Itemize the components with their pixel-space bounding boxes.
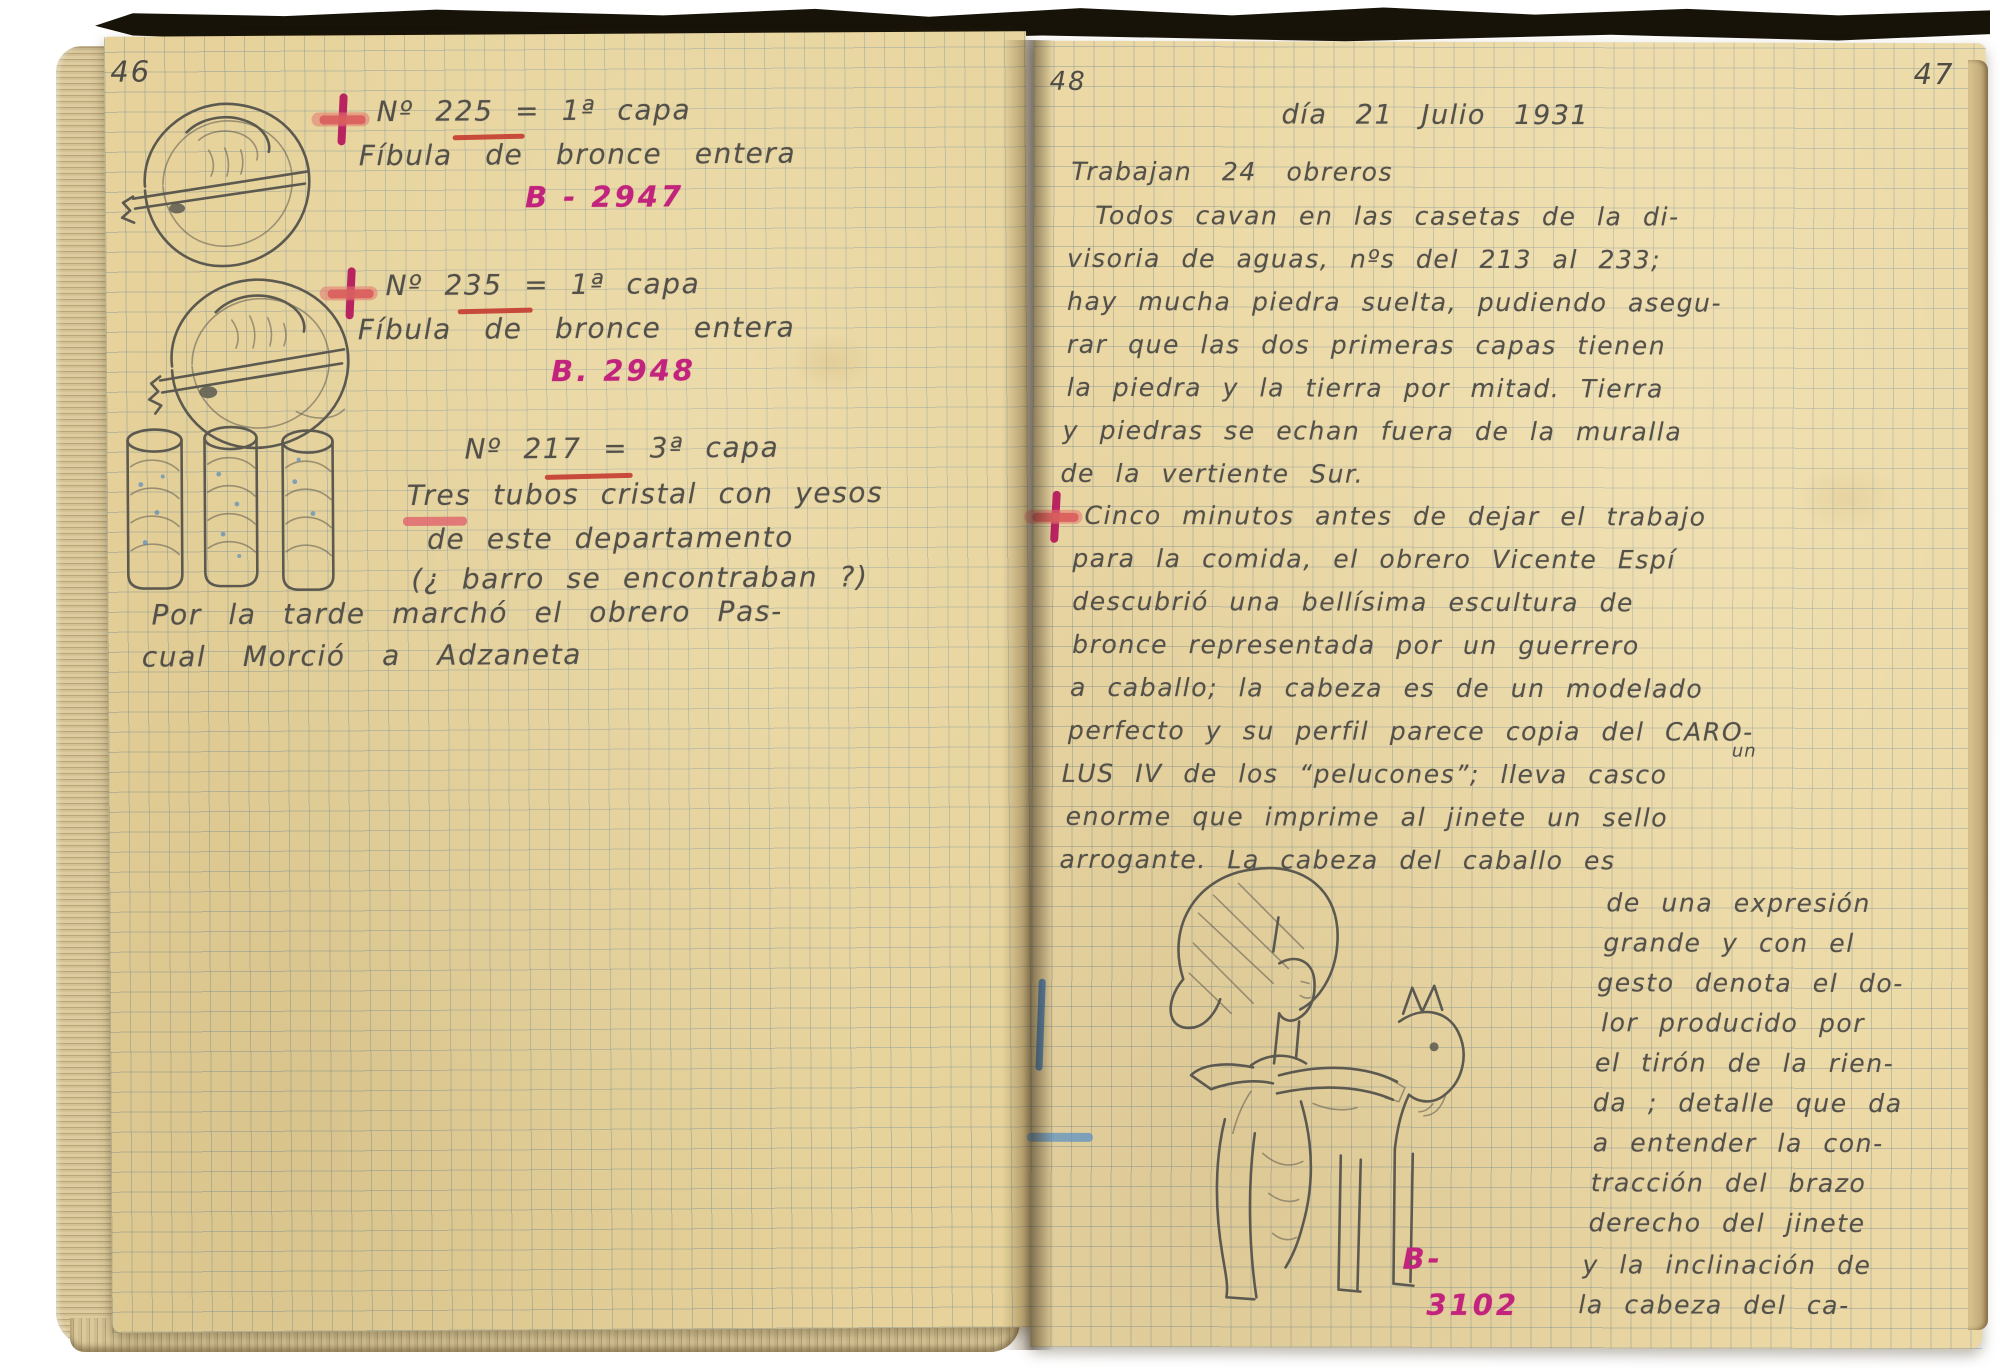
para2-line: enorme que imprime al jinete un sello: [1066, 802, 1669, 833]
para1-line: de la vertiente Sur.: [1061, 459, 1365, 489]
entry-217-line2: de este departamento: [427, 521, 794, 556]
left-footer-line-1: Por la tarde marchó el obrero Pas-: [151, 595, 782, 632]
entry-235-title: Nº 235 = 1ª capa: [385, 267, 700, 302]
right-page-rough-edge: [1968, 60, 1988, 1330]
para1-line: la piedra y la tierra por mitad. Tierra: [1067, 373, 1664, 404]
inserted-word-un: un: [1732, 741, 1757, 762]
side-column-line: y la inclinación de: [1582, 1250, 1871, 1280]
left-page: 46 Nº 225 = 1ª capa Fíbula de bronce ent…: [104, 31, 1034, 1333]
side-column-line: gesto denota el do-: [1597, 968, 1904, 998]
glass-tubes-sketch: [116, 423, 347, 609]
para2-line: para la comida, el obrero Vicente Espí: [1072, 544, 1676, 575]
para2-line: bronce representada por un guerrero: [1072, 630, 1640, 660]
para1-line: rar que las dos primeras capas tienen: [1067, 330, 1666, 361]
side-column-line: la cabeza del ca-: [1578, 1290, 1849, 1320]
para2-line: descubrió una bellísima escultura de: [1072, 587, 1634, 617]
entry-225-description: Fíbula de bronce entera: [359, 137, 797, 173]
side-column-line: grande y con el: [1603, 928, 1854, 958]
para1-line: Todos cavan en las casetas de la di-: [1095, 201, 1679, 232]
side-column-line: el tirón de la rien-: [1595, 1048, 1894, 1078]
workers-line: Trabajan 24 obreros: [1071, 157, 1393, 187]
side-column-line: tracción del brazo: [1591, 1168, 1867, 1198]
entry-225-catalog-number: B - 2947: [525, 179, 684, 214]
horseman-catalog-number: 3102: [1426, 1288, 1519, 1322]
side-column-line: da ; detalle que da: [1593, 1088, 1903, 1118]
para2-line: LUS IV de los “pelucones”; lleva casco: [1062, 759, 1668, 790]
entry-235-description: Fíbula de bronce entera: [358, 311, 796, 347]
red-cross-mark: [327, 267, 373, 319]
side-column-line: lor producido por: [1601, 1008, 1865, 1038]
side-column-line: derecho del jinete: [1589, 1208, 1866, 1238]
para2-line: perfecto y su perfil parece copia del CA…: [1068, 716, 1754, 747]
notebook-scan: 46 Nº 225 = 1ª capa Fíbula de bronce ent…: [0, 0, 2000, 1368]
horseman-catalog-prefix: B-: [1402, 1242, 1442, 1276]
side-column-line: de una expresión: [1606, 888, 1871, 918]
red-cross-mark: [319, 93, 365, 145]
book-gutter-shadow: [1002, 40, 1054, 1350]
entry-235-catalog-number: B. 2948: [551, 353, 696, 388]
entry-225-title: Nº 225 = 1ª capa: [376, 93, 691, 128]
para1-line: visoria de aguas, nºs del 213 al 233;: [1067, 244, 1661, 275]
para1-line: y piedras se echan fuera de la muralla: [1063, 416, 1683, 447]
entry-217-line3: (¿ barro se encontraban ?): [411, 560, 868, 596]
entry-217-title: Nº 217 = 3ª capa: [464, 431, 779, 466]
right-page: 48 47 día 21 Julio 1931 Trabajan 24 obre…: [1030, 41, 1985, 1349]
page-number-47: 47: [1914, 57, 1955, 91]
para2-line: a caballo; la cabeza es de un modelado: [1070, 673, 1703, 704]
side-column-line: a entender la con-: [1593, 1128, 1884, 1158]
entry-217-description: Tres tubos cristal con yesos: [407, 476, 884, 512]
left-footer-line-2: cual Morció a Adzaneta: [142, 638, 582, 674]
page-number-46: 46: [110, 55, 151, 89]
page-number-48: 48: [1050, 67, 1087, 97]
para1-line: hay mucha piedra suelta, pudiendo asegu-: [1067, 287, 1722, 318]
date-heading: día 21 Julio 1931: [1281, 99, 1589, 131]
para2-line: Cinco minutos antes de dejar el trabajo: [1084, 501, 1706, 532]
